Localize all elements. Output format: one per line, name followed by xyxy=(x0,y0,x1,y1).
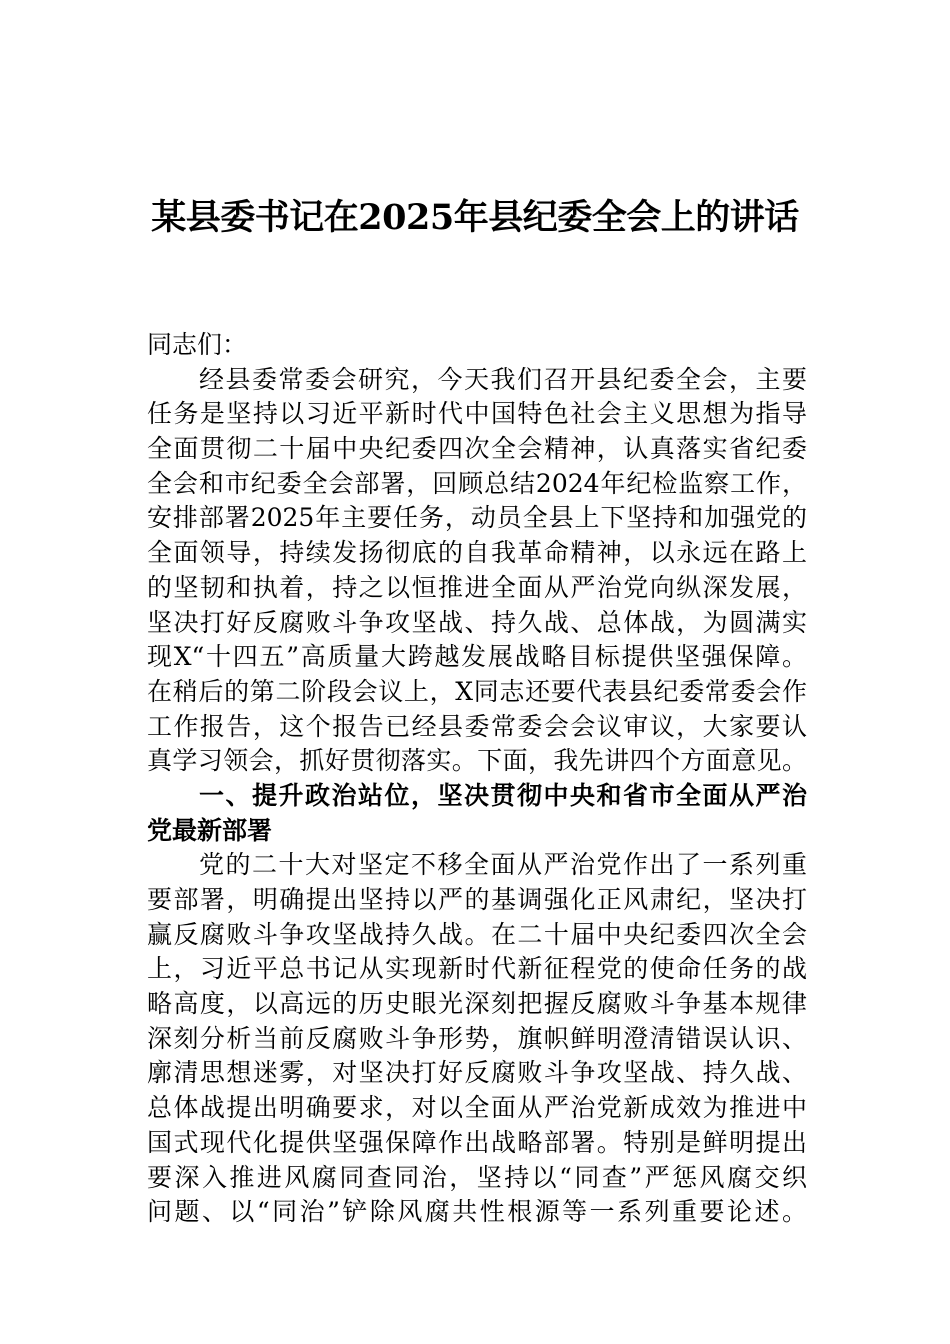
text-line: 党的二十大对坚定不移全面从严治党作出了一系列重 xyxy=(147,848,807,883)
text-line: 全会和市纪委全会部署，回顾总结2024年纪检监察工作， xyxy=(147,467,807,502)
text-line: 要深入推进风腐同查同治，坚持以“同查”严惩风腐交织 xyxy=(147,1161,807,1196)
text-line: 国式现代化提供坚强保障作出战略部署。特别是鲜明提出 xyxy=(147,1126,807,1161)
text-line: 廓清思想迷雾，对坚决打好反腐败斗争攻坚战、持久战、 xyxy=(147,1056,807,1091)
text-line: 工作报告，这个报告已经县委常委会会议审议，大家要认 xyxy=(147,710,807,745)
text-line: 深刻分析当前反腐败斗争形势，旗帜鲜明澄清错误认识、 xyxy=(147,1022,807,1057)
paragraph-section-1: 党的二十大对坚定不移全面从严治党作出了一系列重 要部署，明确提出坚持以严的基调强… xyxy=(147,848,807,1230)
text-line: 的坚韧和执着，持之以恒推进全面从严治党向纵深发展， xyxy=(147,571,807,606)
text-line: 经县委常委会研究，今天我们召开县纪委全会，主要 xyxy=(147,363,807,398)
text-line: 上，习近平总书记从实现新时代新征程党的使命任务的战 xyxy=(147,952,807,987)
text-line: 略高度，以高远的历史眼光深刻把握反腐败斗争基本规律 xyxy=(147,987,807,1022)
text-line: 全面领导，持续发扬彻底的自我革命精神，以永远在路上 xyxy=(147,536,807,571)
text-line: 要部署，明确提出坚持以严的基调强化正风肃纪，坚决打 xyxy=(147,883,807,918)
document-page: 某县委书记在2025年县纪委全会上的讲话 同志们： 经县委常委会研究，今天我们召… xyxy=(0,0,950,1344)
text-line: 安排部署2025年主要任务，动员全县上下坚持和加强党的 xyxy=(147,501,807,536)
paragraph-intro: 经县委常委会研究，今天我们召开县纪委全会，主要 任务是坚持以习近平新时代中国特色… xyxy=(147,363,807,779)
text-line: 在稍后的第二阶段会议上，X同志还要代表县纪委常委会作 xyxy=(147,675,807,710)
section-heading-1: 一、提升政治站位，坚决贯彻中央和省市全面从严治 党最新部署 xyxy=(147,779,807,848)
text-line: 问题、以“同治”铲除风腐共性根源等一系列重要论述。 xyxy=(147,1195,807,1230)
document-body: 同志们： 经县委常委会研究，今天我们召开县纪委全会，主要 任务是坚持以习近平新时… xyxy=(147,328,807,1230)
document-title: 某县委书记在2025年县纪委全会上的讲话 xyxy=(0,194,950,242)
text-line: 真学习领会，抓好贯彻落实。下面，我先讲四个方面意见。 xyxy=(147,744,807,779)
text-line: 全面贯彻二十届中央纪委四次全会精神，认真落实省纪委 xyxy=(147,432,807,467)
text-line: 坚决打好反腐败斗争攻坚战、持久战、总体战，为圆满实 xyxy=(147,606,807,641)
heading-line: 党最新部署 xyxy=(147,814,807,849)
text-line: 赢反腐败斗争攻坚战持久战。在二十届中央纪委四次全会 xyxy=(147,918,807,953)
text-line: 现X“十四五”高质量大跨越发展战略目标提供坚强保障。 xyxy=(147,640,807,675)
text-line: 任务是坚持以习近平新时代中国特色社会主义思想为指导 xyxy=(147,397,807,432)
heading-line: 一、提升政治站位，坚决贯彻中央和省市全面从严治 xyxy=(147,779,807,814)
salutation: 同志们： xyxy=(147,328,807,363)
text-line: 总体战提出明确要求，对以全面从严治党新成效为推进中 xyxy=(147,1091,807,1126)
